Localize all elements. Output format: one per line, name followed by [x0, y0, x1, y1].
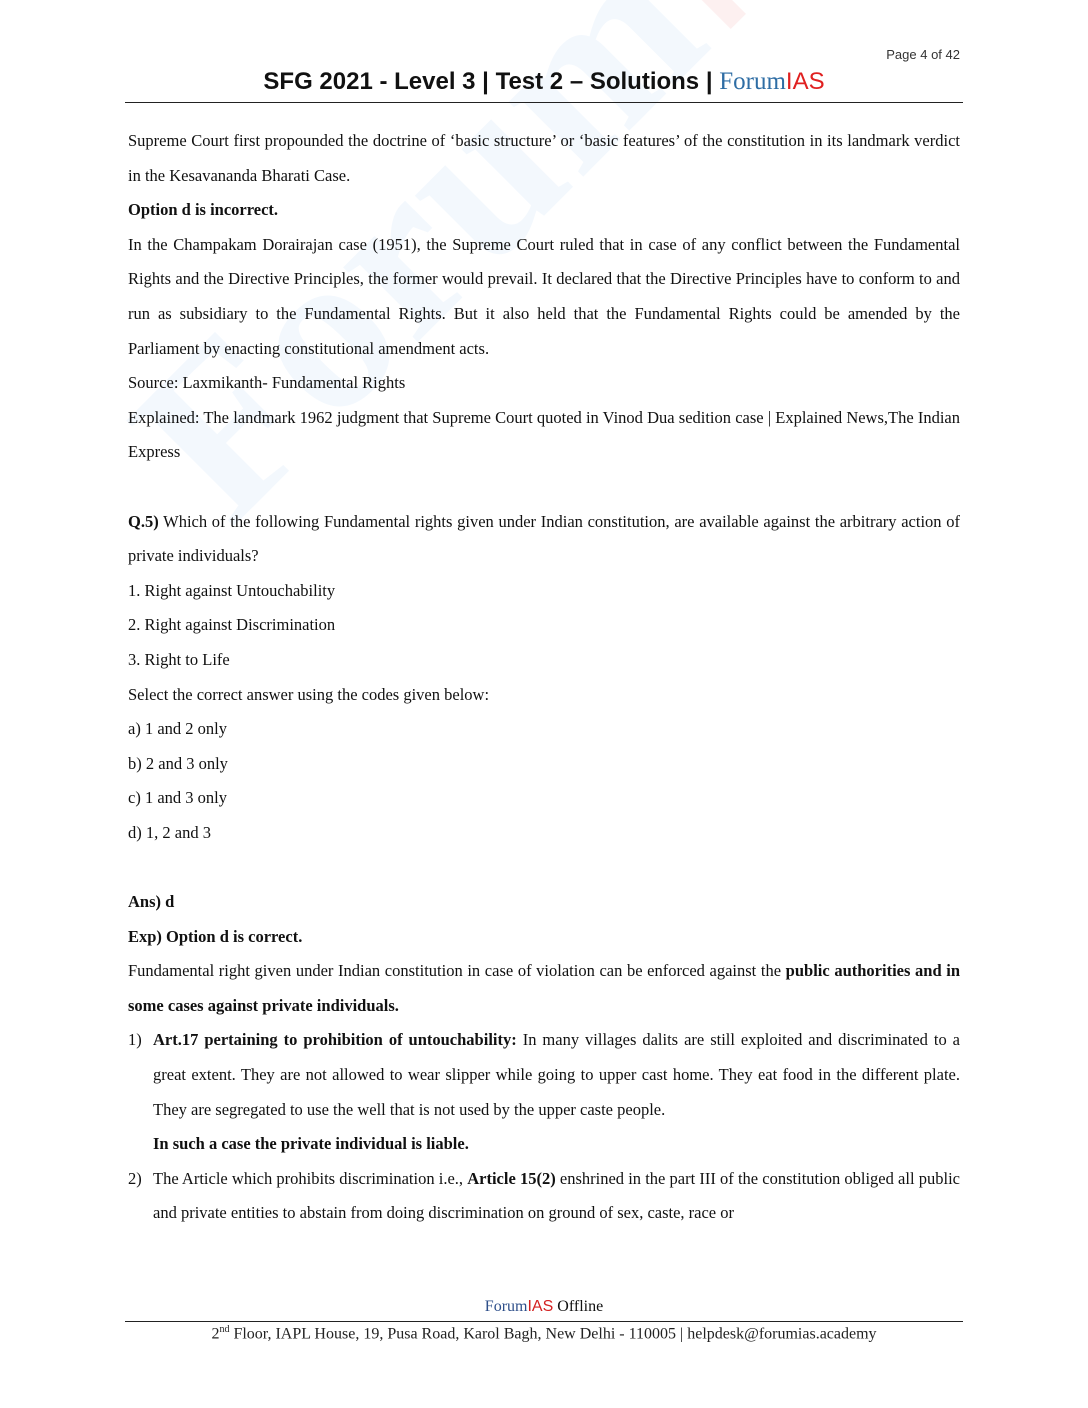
question-5: Q.5) Which of the following Fundamental … — [128, 505, 960, 574]
header-divider — [125, 102, 963, 103]
option-b: b) 2 and 3 only — [128, 747, 960, 782]
brand-forum: Forum — [719, 68, 786, 95]
point-number: 1) — [128, 1023, 142, 1058]
explained-link[interactable]: Explained: The landmark 1962 judgment th… — [128, 401, 960, 470]
document-title: SFG 2021 - Level 3 | Test 2 – Solutions … — [263, 68, 719, 95]
question-text: Which of the following Fundamental right… — [128, 512, 960, 566]
point-conclusion: In such a case the private individual is… — [153, 1134, 469, 1153]
page-content: Supreme Court first propounded the doctr… — [128, 124, 960, 1231]
point-text: The Article which prohibits discriminati… — [153, 1169, 467, 1188]
option-c: c) 1 and 3 only — [128, 781, 960, 816]
statement-2: 2. Right against Discrimination — [128, 608, 960, 643]
brand-ias: IAS — [786, 68, 825, 95]
paragraph-basic-structure: Supreme Court first propounded the doctr… — [128, 124, 960, 193]
explanation-heading: Exp) Option d is correct. — [128, 920, 960, 955]
option-d: d) 1, 2 and 3 — [128, 816, 960, 851]
source-line: Source: Laxmikanth- Fundamental Rights — [128, 366, 960, 401]
page-number: Page 4 of 42 — [886, 47, 960, 62]
page-title: SFG 2021 - Level 3 | Test 2 – Solutions … — [0, 68, 1088, 96]
spacer — [128, 850, 960, 885]
point-lead: Art.17 pertaining to prohibition of unto… — [153, 1030, 517, 1049]
option-a: a) 1 and 2 only — [128, 712, 960, 747]
point-number: 2) — [128, 1162, 142, 1197]
statement-1: 1. Right against Untouchability — [128, 574, 960, 609]
footer-address: 2nd Floor, IAPL House, 19, Pusa Road, Ka… — [0, 1324, 1088, 1343]
explanation-point-1: 1) Art.17 pertaining to prohibition of u… — [128, 1023, 960, 1161]
question-number: Q.5) — [128, 512, 159, 531]
article-reference: Article 15(2) — [467, 1169, 555, 1188]
statement-3: 3. Right to Life — [128, 643, 960, 678]
explanation-intro: Fundamental right given under Indian con… — [128, 954, 960, 1023]
answer-line: Ans) d — [128, 885, 960, 920]
footer-brand: ForumIAS Offline — [0, 1298, 1088, 1316]
question-instruction: Select the correct answer using the code… — [128, 678, 960, 713]
footer-divider — [125, 1321, 963, 1322]
spacer — [128, 470, 960, 505]
explanation-point-2: 2) The Article which prohibits discrimin… — [128, 1162, 960, 1231]
paragraph-champakam: In the Champakam Dorairajan case (1951),… — [128, 228, 960, 366]
option-d-incorrect-heading: Option d is incorrect. — [128, 193, 960, 228]
